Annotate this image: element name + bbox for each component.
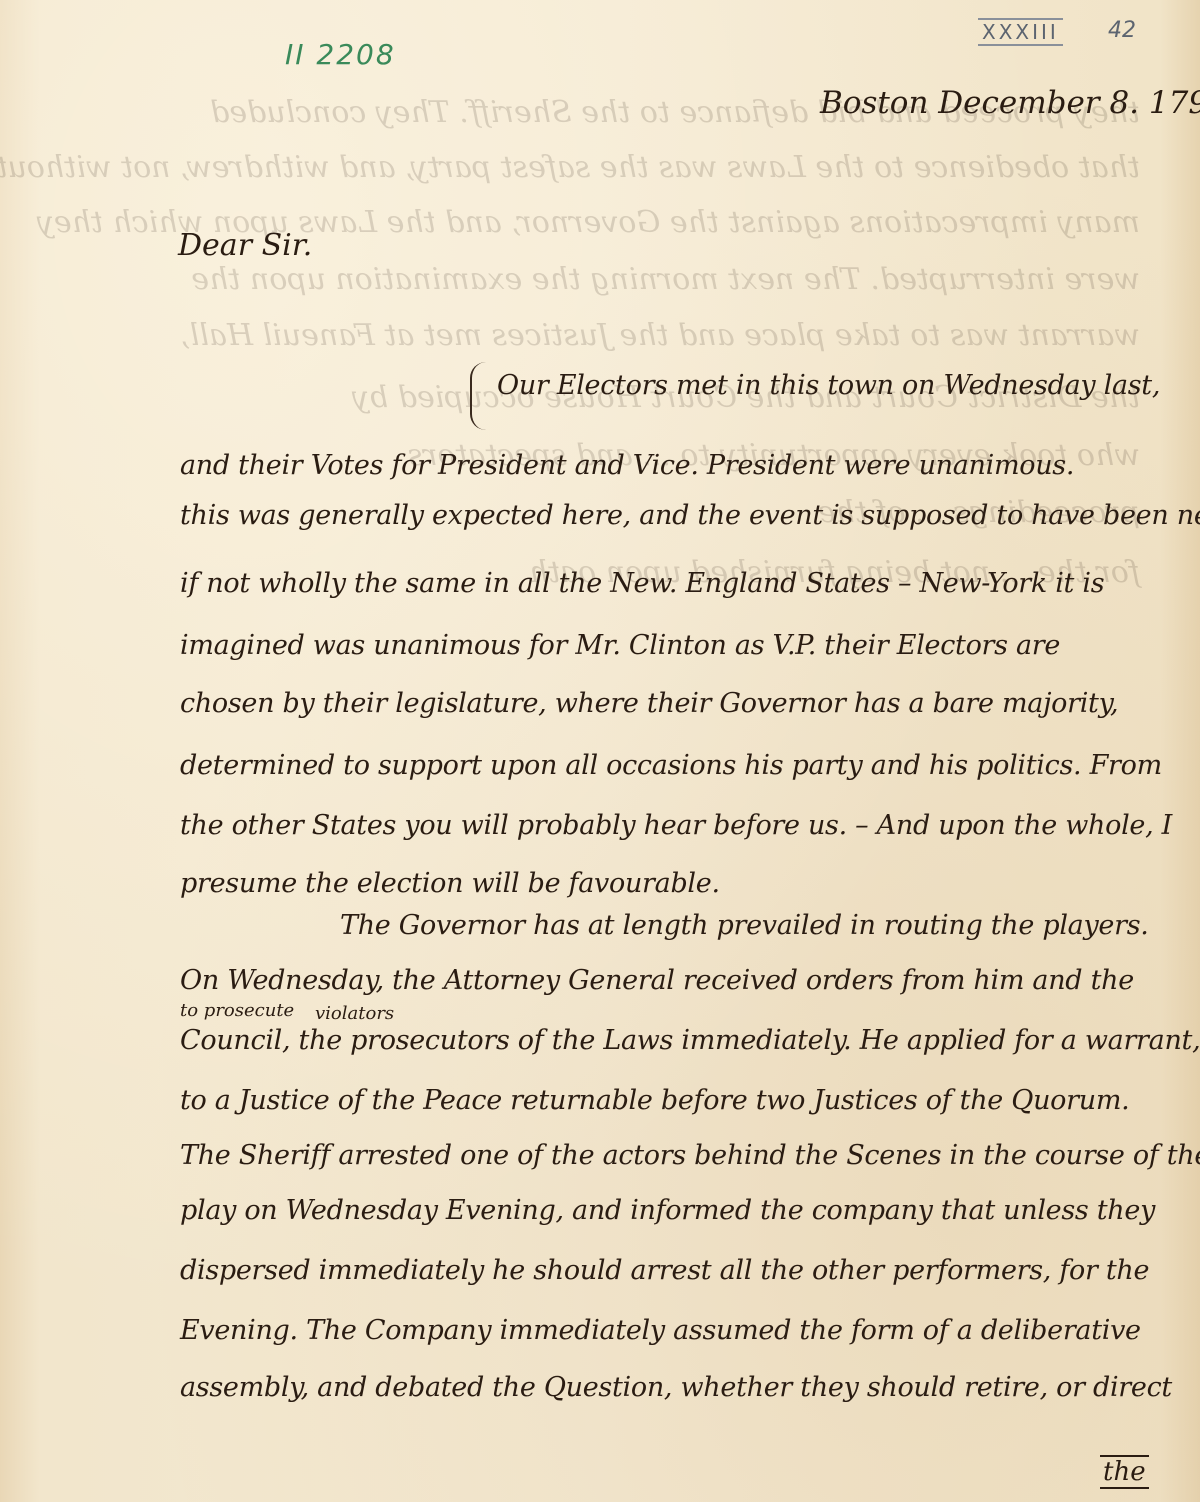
letter-line: Evening. The Company immediately assumed…: [180, 1315, 1141, 1346]
bleed-line: were interrupted. The next morning the e…: [191, 262, 1140, 297]
letter-line: chosen by their legislature, where their…: [180, 688, 1118, 719]
letter-line: determined to support upon all occasions…: [180, 750, 1162, 781]
paragraph-bracket-mark: [470, 362, 486, 430]
letter-line: this was generally expected here, and th…: [180, 500, 1200, 531]
bleed-line: that obedience to the Laws was the safes…: [0, 150, 1140, 185]
letter-line: and their Votes for President and Vice. …: [180, 450, 1074, 481]
interlinear-insertion: to prosecute: [180, 1000, 294, 1021]
dateline: Boston December 8. 1792.: [820, 85, 1200, 121]
bleed-line: warrant was to take place and the Justic…: [180, 318, 1140, 353]
interlinear-insertion: violators: [315, 1003, 394, 1024]
letter-line: to a Justice of the Peace returnable bef…: [180, 1085, 1129, 1116]
archive-collection-number: II 2208: [285, 38, 396, 71]
letter-line: presume the election will be favourable.: [180, 868, 720, 899]
letter-line: dispersed immediately he should arrest a…: [180, 1255, 1149, 1286]
archive-folio-number: 42: [1108, 18, 1136, 43]
letter-line: imagined was unanimous for Mr. Clinton a…: [180, 630, 1060, 661]
letter-line: Council, the prosecutors of the Laws imm…: [180, 1025, 1200, 1056]
catchword: the: [1100, 1455, 1149, 1489]
letter-line: assembly, and debated the Question, whet…: [180, 1372, 1172, 1403]
letter-line: the other States you will probably hear …: [180, 810, 1172, 841]
letter-line: if not wholly the same in all the New. E…: [180, 568, 1104, 599]
letter-page: they proceed and bid defiance to the She…: [0, 0, 1200, 1502]
archive-volume-mark: XXXIII: [978, 18, 1063, 46]
letter-line: The Sheriff arrested one of the actors b…: [180, 1140, 1200, 1171]
letter-line: The Governor has at length prevailed in …: [340, 910, 1149, 941]
salutation: Dear Sir.: [178, 228, 312, 263]
letter-line: play on Wednesday Evening, and informed …: [180, 1195, 1155, 1226]
letter-line: On Wednesday, the Attorney General recei…: [180, 965, 1134, 996]
letter-line: Our Electors met in this town on Wednesd…: [497, 370, 1160, 401]
